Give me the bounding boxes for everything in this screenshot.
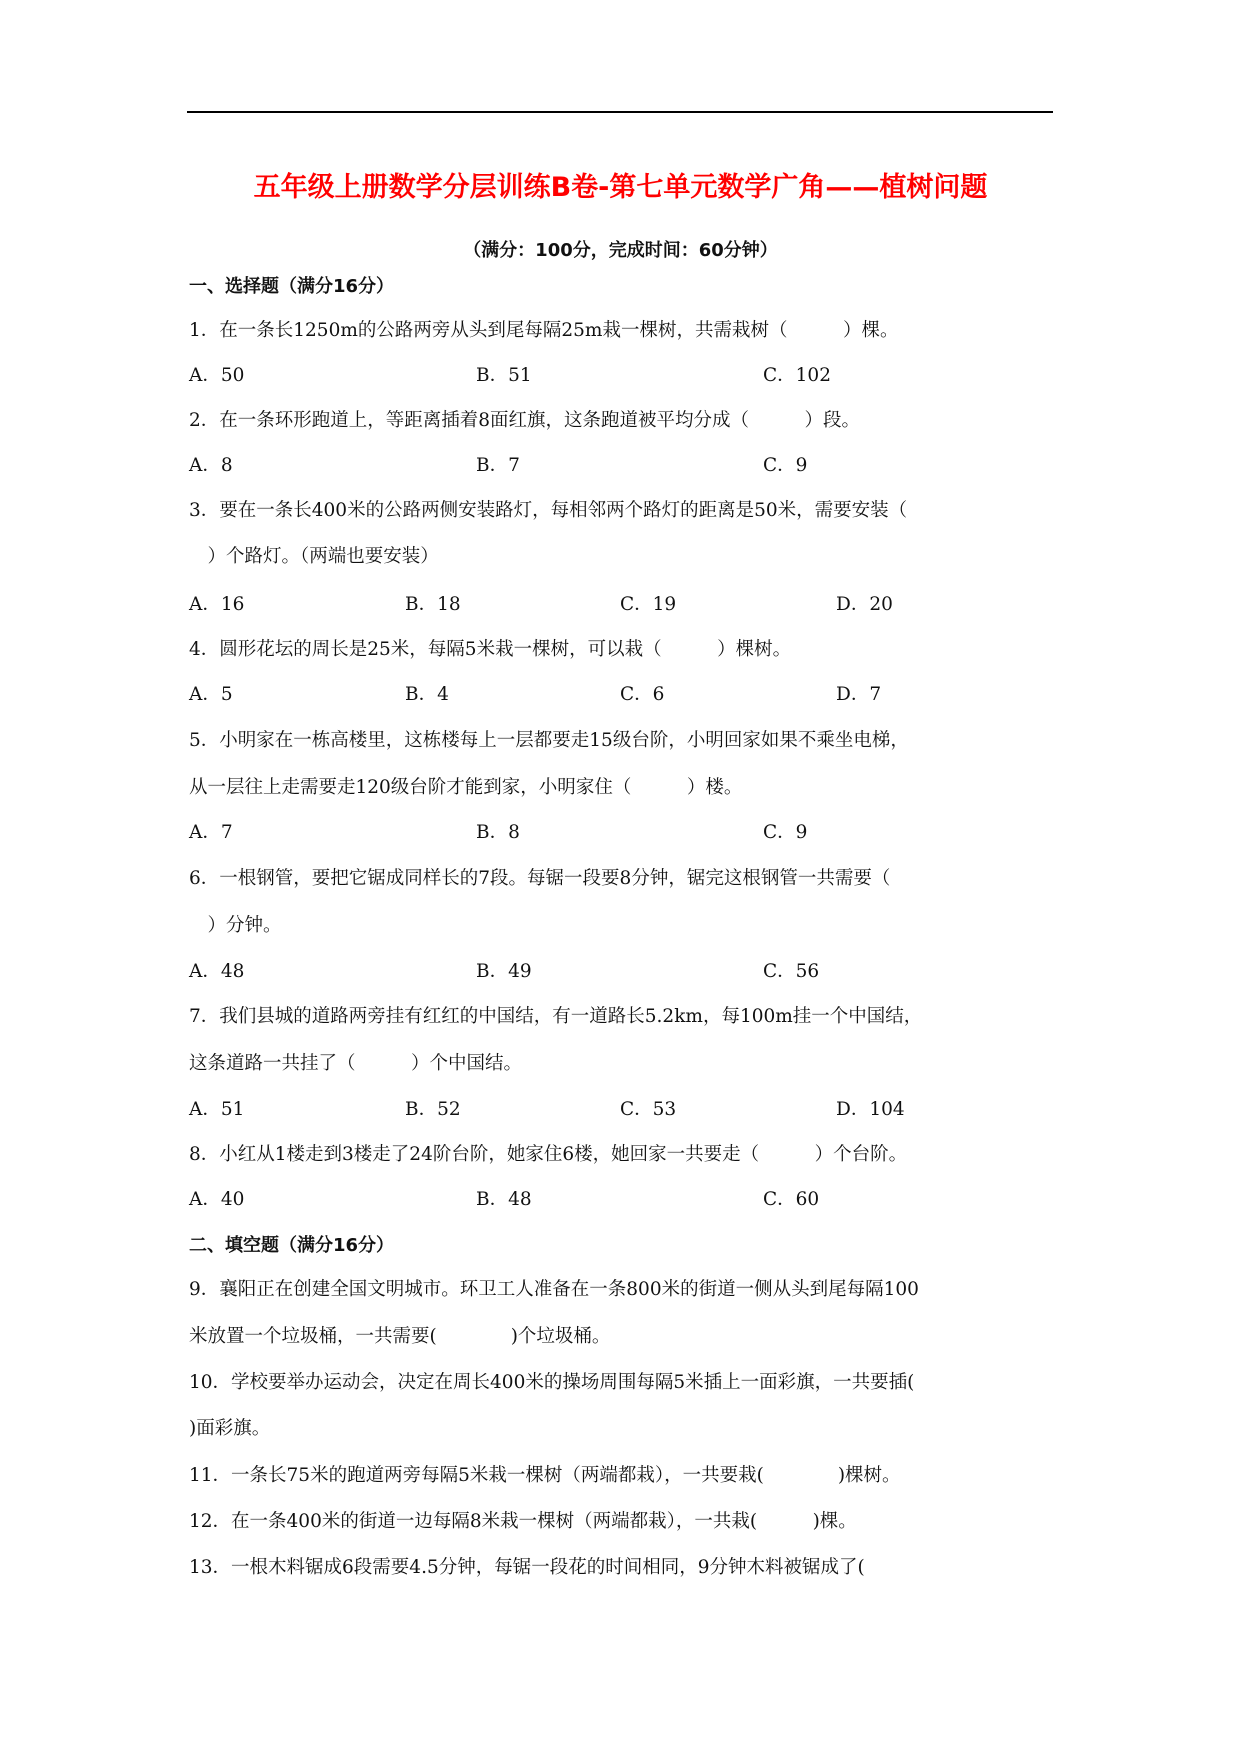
question-9-text-line-1: 9．襄阳正在创建全国文明城市。环卫工人准备在一条800米的街道一侧从头到尾每隔1… [189,1275,919,1301]
question-3-option-a: A．16 [189,590,244,616]
question-4-option-d: D．7 [836,680,881,706]
question-7-text-line-2: 这条道路一共挂了（ ）个中国结。 [189,1049,522,1075]
question-3-option-d: D．20 [836,590,893,616]
question-2-option-a: A．8 [189,451,233,477]
question-1-option-c: C．102 [763,361,831,387]
question-6-option-c: C．56 [763,957,819,983]
question-5-text-line-1: 5．小明家在一栋高楼里，这栋楼每上一层都要走15级台阶，小明回家如果不乘坐电梯， [189,726,909,752]
header-rule [187,111,1053,113]
question-9-text-line-2: 米放置一个垃圾桶，一共需要( )个垃圾桶。 [189,1322,610,1348]
question-6-option-a: A．48 [189,957,244,983]
document-subtitle: （满分：100分，完成时间：60分钟） [0,236,1241,262]
question-6-text-line-2: ）分钟。 [189,911,282,937]
question-7-text-line-1: 7．我们县城的道路两旁挂有红红的中国结，有一道路长5.2km，每100m挂一个中… [189,1002,922,1028]
question-4-text: 4．圆形花坛的周长是25米，每隔5米栽一棵树，可以栽（ ）棵树。 [189,635,791,661]
question-3-option-c: C．19 [620,590,676,616]
question-3-option-b: B．18 [405,590,461,616]
question-1-option-a: A．50 [189,361,244,387]
question-8-text: 8．小红从1楼走到3楼走了24阶台阶，她家住6楼，她回家一共要走（ ）个台阶。 [189,1140,907,1166]
question-2-text: 2．在一条环形跑道上，等距离插着8面红旗，这条跑道被平均分成（ ）段。 [189,406,860,432]
question-10-text-line-2: )面彩旗。 [189,1414,270,1440]
section-heading-multiple-choice: 一、选择题（满分16分） [189,272,394,298]
question-4-option-b: B．4 [405,680,449,706]
question-1-text: 1．在一条长1250m的公路两旁从头到尾每隔25m栽一棵树，共需栽树（ ）棵。 [189,316,898,342]
question-11-text: 11．一条长75米的跑道两旁每隔5米栽一棵树（两端都栽），一共要栽( )棵树。 [189,1461,901,1487]
question-7-option-a: A．51 [189,1095,244,1121]
question-2-option-c: C．9 [763,451,807,477]
question-7-option-b: B．52 [405,1095,461,1121]
section-heading-fill-in-blank: 二、填空题（满分16分） [189,1231,394,1257]
question-10-text-line-1: 10．学校要举办运动会，决定在周长400米的操场周围每隔5米插上一面彩旗，一共要… [189,1368,914,1394]
question-4-option-c: C．6 [620,680,664,706]
question-5-option-a: A．7 [189,818,233,844]
question-6-text-line-1: 6．一根钢管，要把它锯成同样长的7段。每锯一段要8分钟，锯完这根钢管一共需要（ [189,864,890,890]
question-3-text-line-1: 3．要在一条长400米的公路两侧安装路灯，每相邻两个路灯的距离是50米，需要安装… [189,496,907,522]
question-3-text-line-2: ）个路灯。（两端也要安装） [189,542,439,568]
question-8-option-c: C．60 [763,1185,819,1211]
question-5-option-c: C．9 [763,818,807,844]
question-4-option-a: A．5 [189,680,233,706]
question-8-option-b: B．48 [476,1185,532,1211]
question-13-text: 13．一根木料锯成6段需要4.5分钟，每锯一段花的时间相同，9分钟木料被锯成了( [189,1553,865,1579]
question-5-option-b: B．8 [476,818,520,844]
question-7-option-c: C．53 [620,1095,676,1121]
question-6-option-b: B．49 [476,957,532,983]
question-1-option-b: B．51 [476,361,532,387]
question-2-option-b: B．7 [476,451,520,477]
question-12-text: 12．在一条400米的街道一边每隔8米栽一棵树（两端都栽），一共栽( )棵。 [189,1507,857,1533]
question-8-option-a: A．40 [189,1185,244,1211]
document-title: 五年级上册数学分层训练B卷-第七单元数学广角——植树问题 [0,165,1241,204]
question-5-text-line-2: 从一层往上走需要走120级台阶才能到家，小明家住（ ）楼。 [189,773,742,799]
question-7-option-d: D．104 [836,1095,905,1121]
